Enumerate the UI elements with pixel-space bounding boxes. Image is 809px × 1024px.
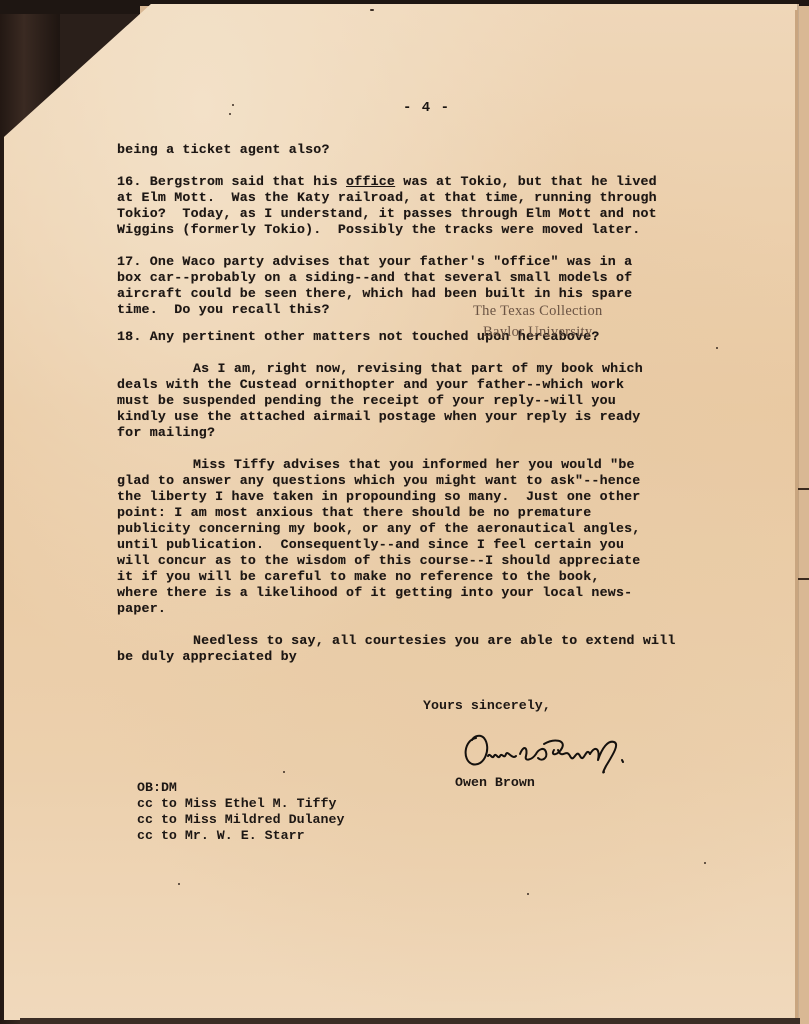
paragraph-closing: Needless to say, all courtesies you are …	[117, 633, 757, 665]
archive-stamp-university: Baylor University	[483, 324, 592, 341]
question-17: 17. One Waco party advises that your fat…	[117, 254, 757, 318]
archive-stamp-collection: The Texas Collection	[473, 303, 603, 320]
continuation-line: being a ticket agent also?	[117, 142, 757, 158]
page-number: - 4 -	[403, 100, 450, 116]
paper-speck	[370, 9, 374, 11]
paper-clip-mark	[798, 488, 809, 490]
paper-speck	[283, 771, 285, 773]
underlined-word: office	[346, 174, 395, 189]
question-18: 18. Any pertinent other matters not touc…	[117, 329, 757, 345]
cc-recipient: cc to Miss Mildred Dulaney	[137, 812, 344, 828]
paragraph-revising: As I am, right now, revising that part o…	[117, 361, 757, 441]
reference-initials: OB:DM	[137, 780, 344, 796]
cc-recipient: cc to Mr. W. E. Starr	[137, 828, 344, 844]
paragraph-tiffy: Miss Tiffy advises that you informed her…	[117, 457, 757, 617]
signer-name: Owen Brown	[455, 775, 535, 790]
cc-list: OB:DM cc to Miss Ethel M. Tiffy cc to Mi…	[137, 780, 344, 844]
page-right-edge	[795, 10, 798, 1020]
letter-body: being a ticket agent also? 16. Bergstrom…	[117, 142, 757, 681]
paper-speck	[229, 113, 231, 115]
question-16: 16. Bergstrom said that his office was a…	[117, 174, 757, 238]
paper-clip-mark	[798, 578, 809, 580]
cc-recipient: cc to Miss Ethel M. Tiffy	[137, 796, 344, 812]
page-bottom-shadow	[20, 1018, 800, 1024]
paper-speck	[232, 104, 234, 106]
handwritten-signature-icon	[458, 726, 633, 776]
paper-speck	[178, 883, 180, 885]
paper-speck	[527, 893, 529, 895]
complimentary-close: Yours sincerely,	[423, 698, 551, 713]
paper-speck	[704, 862, 706, 864]
